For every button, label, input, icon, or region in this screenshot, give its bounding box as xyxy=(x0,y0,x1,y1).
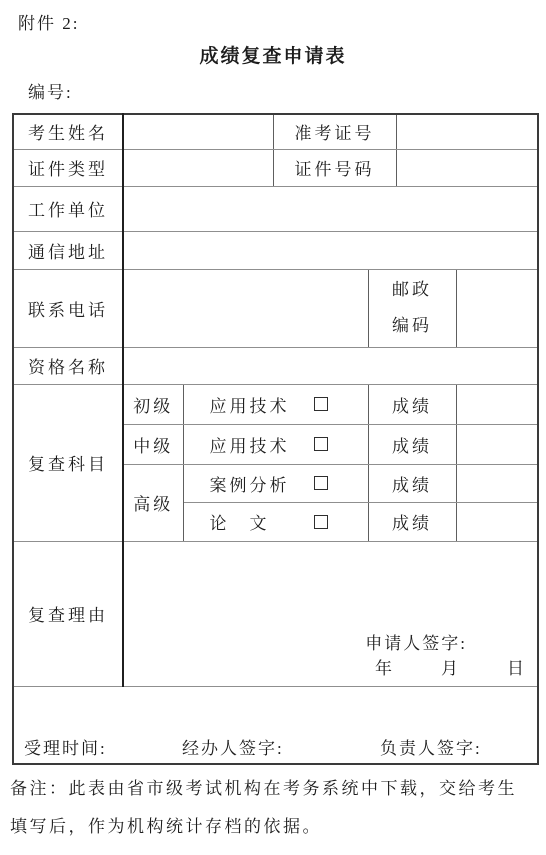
application-table: 考生姓名 准考证号 证件类型 证件号码 工作单位 通信地址 联系电话 xyxy=(12,113,539,765)
manager-signature-label: 负责人签字: xyxy=(380,734,482,759)
phone-label: 联系电话 xyxy=(13,269,123,347)
id-type-label: 证件类型 xyxy=(13,149,123,186)
day-label: 日 xyxy=(507,654,527,679)
phone-cell xyxy=(123,269,368,347)
subject-thesis-cell: 论 文 xyxy=(183,502,368,541)
level-junior-label: 初级 xyxy=(123,384,183,424)
id-number-cell xyxy=(396,149,538,186)
reason-row: 复查理由 申请人签字: 年 月 日 xyxy=(13,541,538,686)
handler-signature-label: 经办人签字: xyxy=(182,734,284,759)
year-label: 年 xyxy=(375,654,395,679)
qualification-cell xyxy=(123,347,538,384)
qualification-label: 资格名称 xyxy=(13,347,123,384)
checkbox-intermediate-applied-tech[interactable] xyxy=(314,437,328,451)
address-cell xyxy=(123,231,538,269)
table-row: 联系电话 邮政编码 xyxy=(13,269,538,347)
form-document-page: 附件 2: 成绩复查申请表 编号: 考生姓名 准考证号 证件类型 证件号码 工作… xyxy=(0,0,546,855)
subject-intermediate-cell: 应用技术 xyxy=(183,424,368,464)
review-subjects-label: 复查科目 xyxy=(13,384,123,541)
table-row: 证件类型 证件号码 xyxy=(13,149,538,186)
level-intermediate-label: 中级 xyxy=(123,424,183,464)
subject-thesis-label: 论 文 xyxy=(210,509,270,534)
subject-intermediate-label: 应用技术 xyxy=(210,432,290,457)
page-title: 成绩复查申请表 xyxy=(0,41,546,68)
score-cell-intermediate xyxy=(456,424,538,464)
review-row-junior: 复查科目 初级 应用技术 成绩 xyxy=(13,384,538,424)
checkbox-senior-case-analysis[interactable] xyxy=(314,476,328,490)
checkbox-junior-applied-tech[interactable] xyxy=(314,397,328,411)
note-line-1: 备注：此表由省市级考试机构在考务系统中下载，交给考生 xyxy=(10,774,517,799)
level-senior-label: 高级 xyxy=(123,464,183,541)
postal-code-label-text: 邮政编码 xyxy=(386,272,438,344)
score-label-thesis: 成绩 xyxy=(368,502,456,541)
score-label-junior: 成绩 xyxy=(368,384,456,424)
candidate-name-label: 考生姓名 xyxy=(13,114,123,149)
address-label: 通信地址 xyxy=(13,231,123,269)
score-cell-thesis xyxy=(456,502,538,541)
postal-code-cell xyxy=(456,269,538,347)
office-footer-row: 受理时间: 经办人签字: 负责人签字: xyxy=(13,686,538,764)
subject-junior-label: 应用技术 xyxy=(210,392,290,417)
ticket-number-label: 准考证号 xyxy=(273,114,396,149)
score-label-case-analysis: 成绩 xyxy=(368,464,456,502)
candidate-name-cell xyxy=(123,114,273,149)
table-row: 考生姓名 准考证号 xyxy=(13,114,538,149)
score-cell-junior xyxy=(456,384,538,424)
table-row: 工作单位 xyxy=(13,186,538,231)
checkbox-senior-thesis[interactable] xyxy=(314,515,328,529)
note-line-2: 填写后，作为机构统计存档的依据。 xyxy=(10,812,322,837)
id-type-cell xyxy=(123,149,273,186)
accept-time-label: 受理时间: xyxy=(24,734,107,759)
subject-case-analysis-cell: 案例分析 xyxy=(183,464,368,502)
date-line: 年 月 日 xyxy=(375,654,527,679)
id-number-label: 证件号码 xyxy=(273,149,396,186)
month-label: 月 xyxy=(441,654,461,679)
subject-junior-cell: 应用技术 xyxy=(183,384,368,424)
reason-label: 复查理由 xyxy=(13,541,123,686)
table-row: 通信地址 xyxy=(13,231,538,269)
applicant-signature-label: 申请人签字: xyxy=(365,629,467,654)
employer-cell xyxy=(123,186,538,231)
reason-cell: 申请人签字: 年 月 日 xyxy=(123,541,538,686)
office-footer-cell: 受理时间: 经办人签字: 负责人签字: xyxy=(13,686,538,764)
subject-case-analysis-label: 案例分析 xyxy=(210,471,290,496)
ticket-number-cell xyxy=(396,114,538,149)
score-cell-case-analysis xyxy=(456,464,538,502)
serial-number-label: 编号: xyxy=(28,78,73,103)
employer-label: 工作单位 xyxy=(13,186,123,231)
table-row: 资格名称 xyxy=(13,347,538,384)
postal-code-label: 邮政编码 xyxy=(368,269,456,347)
attachment-label: 附件 2: xyxy=(18,9,79,34)
score-label-intermediate: 成绩 xyxy=(368,424,456,464)
